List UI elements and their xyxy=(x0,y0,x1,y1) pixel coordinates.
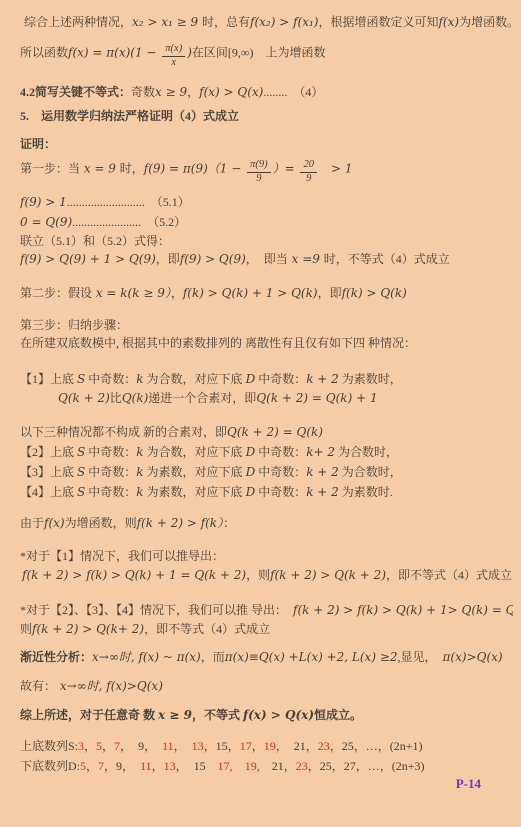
text-run: π(x)>Q(x) xyxy=(443,650,503,664)
text-run: .......................... （5.1） xyxy=(67,195,190,209)
eq-5-1: f(9) > 1.......................... （5.1） xyxy=(20,194,513,210)
text-run: 21 xyxy=(294,739,306,753)
sequence-d: 下底数列D:5，7，9， 11，13， 15 17, 19, 21，23，25，… xyxy=(20,758,513,774)
text-run: k+ 2 xyxy=(306,445,335,459)
text-run: 中奇数： xyxy=(85,485,136,499)
text-run: 证明： xyxy=(20,137,56,151)
text-run: k xyxy=(136,445,143,459)
induction-intro: 在所建双底数模中, 根据其中的素数排列的 离散性有且仅有如下四 种情况： xyxy=(20,335,513,351)
text-run: ， xyxy=(120,739,138,753)
text-run: f(k) > Q(k) xyxy=(342,286,407,300)
text-run: ,显见， xyxy=(398,650,443,664)
text-run: ， xyxy=(102,739,114,753)
text-run: 为素数时. xyxy=(339,485,393,499)
text-run: f(x) xyxy=(438,15,459,29)
text-run: k + 2 xyxy=(306,465,339,479)
text-run: D xyxy=(246,372,256,386)
text-run: ，…，(2n+1) xyxy=(354,739,423,753)
text-run: 19 xyxy=(264,739,276,753)
text-run: 为合数，对应下底 xyxy=(144,372,246,386)
text-run: f(k) > Q(k) + 1 > Q(k) xyxy=(183,286,318,300)
since-increasing: 由于f(x)为增函数，则f(k + 2) > f(k）： xyxy=(20,515,513,531)
text-run: 为合数时， xyxy=(335,445,398,459)
text-run: π(x)≡Q(x) +L(x) +2, L(x) ≥2 xyxy=(225,650,398,664)
case-1-line-2: Q(k + 2)比Q(k)递进一个合素对，即Q(k + 2) = Q(k) + … xyxy=(20,390,513,406)
text-run: f(k + 2) > f(k) > Q(k) + 1> Q(k) = Q(k +… xyxy=(293,603,513,617)
text-run xyxy=(206,759,218,773)
text-run: ， xyxy=(284,759,296,773)
text-run: 23 xyxy=(318,739,330,753)
text-run: f(x) > Q(x) xyxy=(243,708,314,722)
text-run: 11 xyxy=(162,739,174,753)
fraction: π(9)9 xyxy=(247,160,271,184)
text-run: S xyxy=(77,372,85,386)
text-run: f(k + 2) > Q(k + 2) xyxy=(270,568,386,582)
text-run: Q(k + 2) = Q(k) + 1 xyxy=(256,391,377,405)
step-1: 第一步：当 x = 9 时，f(9) = π(9)（1 − π(9)9）= 20… xyxy=(20,160,513,184)
text-run: k xyxy=(136,465,143,479)
text-run: ， xyxy=(104,759,116,773)
text-run: 综合上述两种情况， xyxy=(24,15,132,29)
text-run: ， xyxy=(86,759,98,773)
text-run: x ≥ 9 xyxy=(158,708,192,722)
text-run: 【4】上底 xyxy=(20,485,77,499)
text-run: f(9) > Q(9) xyxy=(180,252,246,266)
text-run: x→∞时, f(x) ~ π(x) xyxy=(92,650,201,664)
case234-derive: *对于【2】、【3】、【4】情况下，我们可以推 导出： f(k + 2) > f… xyxy=(20,602,513,618)
text-run: D xyxy=(246,485,256,499)
text-run: 15 xyxy=(194,759,206,773)
para-function-increasing: 所以函数f(x) = π(x)(1 − π(x)x)在区间[9,∞) 上为增函数 xyxy=(20,44,513,68)
text-run: D xyxy=(246,445,256,459)
text-run: 递进一个合素对，即 xyxy=(148,391,256,405)
text-run: 恒成立。 xyxy=(314,708,362,722)
text-run: ， xyxy=(174,739,192,753)
text-run: 渐近性分析： xyxy=(20,650,92,664)
text-run: ）= xyxy=(273,162,299,176)
text-run: 时，不等式（4）式成立 xyxy=(324,252,450,266)
text-run: ， xyxy=(308,759,320,773)
case-2: 【2】上底 S 中奇数：k 为合数，对应下底 D 中奇数：k+ 2 为合数时， xyxy=(20,444,513,460)
asymptotic-analysis: 渐近性分析：x→∞时, f(x) ~ π(x)，而π(x)≡Q(x) +L(x)… xyxy=(20,649,513,665)
text-run: f(k + 2) > f(k) > Q(k) + 1 = Q(k + 2) xyxy=(22,568,246,582)
text-run: x₂ > x₁ ≥ 9 xyxy=(132,15,202,29)
text-run: 则 xyxy=(20,622,32,636)
text-run: k xyxy=(136,372,143,386)
text-run: f(9) > 1 xyxy=(20,195,67,209)
text-run: ， xyxy=(176,759,194,773)
text-run: ， xyxy=(306,739,318,753)
text-run: x→∞时, f(x)>Q(x) xyxy=(56,679,163,693)
case1-derive-eq: f(k + 2) > f(k) > Q(k) + 1 = Q(k + 2)，则f… xyxy=(20,567,513,583)
text-run: 为增函数。 xyxy=(459,15,513,29)
final-conclusion: 综上所述，对于任意奇 数 x ≥ 9，不等式 f(x) > Q(x)恒成立。 xyxy=(20,707,513,723)
text-run: S xyxy=(77,465,85,479)
text-run: 在区间[9,∞) 上为增函数 xyxy=(192,46,326,60)
text-run: ，则 xyxy=(246,568,270,582)
text-run: ， xyxy=(187,85,199,99)
case-3: 【3】上底 S 中奇数：k 为素数，对应下底 D 中奇数：k + 2 为合数时， xyxy=(20,464,513,480)
text-run: 第二步：假设 xyxy=(20,286,92,300)
text-run: ， xyxy=(332,759,344,773)
text-run: ，根据增函数定义可知 xyxy=(318,15,438,29)
sequence-s: 上底数列S:3，5，7， 9， 11， 13，15，17，19， 21，23，2… xyxy=(20,738,513,754)
text-run: ，…，(2n+3) xyxy=(356,759,425,773)
text-run: 23 xyxy=(296,759,308,773)
text-run: 第一步：当 xyxy=(20,162,80,176)
text-run: ， xyxy=(330,739,342,753)
hence: 故有： x→∞时, f(x)>Q(x) xyxy=(20,678,513,694)
text-run: 上底数列S: xyxy=(20,739,78,753)
text-run: 0 = Q(9) xyxy=(20,215,72,229)
text-run: f(9) = π(9)（1 − xyxy=(144,162,245,176)
text-run: f(k + 2) > f(k） xyxy=(137,516,223,530)
text-run: 中奇数： xyxy=(85,372,136,386)
text-run: 25 xyxy=(342,739,354,753)
step-2: 第二步：假设 x = k(k ≥ 9），f(k) > Q(k) + 1 > Q(… xyxy=(20,285,513,301)
text-run: S xyxy=(77,485,85,499)
text-run: f(9) > Q(9) + 1 > Q(9) xyxy=(20,252,156,266)
text-run: f(k + 2) > Q(k+ 2) xyxy=(32,622,144,636)
text-run: > 1 xyxy=(319,162,353,176)
text-run: 21 xyxy=(272,759,284,773)
text-run: D xyxy=(246,465,256,479)
case234-conclusion: 则f(k + 2) > Q(k+ 2)，即不等式（4）式成立 xyxy=(20,621,513,637)
text-run: ，即 xyxy=(156,252,180,266)
text-run: f(x) = π(x)(1 − xyxy=(68,46,160,60)
text-run: ....................... （5.2） xyxy=(72,215,186,229)
text-run: 时，总有 xyxy=(202,15,250,29)
text-run: ， xyxy=(152,759,164,773)
text-run: Q(k + 2) xyxy=(58,391,110,405)
text-run: 中奇数： xyxy=(255,372,306,386)
text-run: 为增函数，则 xyxy=(65,516,137,530)
text-run: 5. 运用数学归纳法严格证明（4）式成立 xyxy=(20,109,239,123)
text-run: 为素数，对应下底 xyxy=(144,485,246,499)
text-run: 【1】上底 xyxy=(20,372,77,386)
step-3: 第三步：归纳步骤： xyxy=(20,317,513,333)
label-proof: 证明： xyxy=(20,136,513,152)
text-run: 19, xyxy=(245,759,260,773)
text-run: 下底数列D: xyxy=(20,759,80,773)
text-run: 第三步：归纳步骤： xyxy=(20,318,128,332)
text-run: ， xyxy=(84,739,96,753)
text-run: 13 xyxy=(192,739,204,753)
text-run: ， xyxy=(276,739,294,753)
text-run: 综上所述，对于任意奇 数 xyxy=(20,708,158,722)
text-run: 25 xyxy=(320,759,332,773)
text-run: 为合数时， xyxy=(339,465,402,479)
text-run: S xyxy=(77,445,85,459)
text-run: f(x) xyxy=(44,516,65,530)
text-run: ，即 xyxy=(318,286,342,300)
text-run: 27 xyxy=(344,759,356,773)
text-run: f(x₂) > f(x₁) xyxy=(250,15,318,29)
page-number: P-14 xyxy=(0,776,521,792)
text-run: 17, xyxy=(218,759,233,773)
eq-5-2: 0 = Q(9)....................... （5.2） xyxy=(20,214,513,230)
text-run: ， xyxy=(228,739,240,753)
text-run: k xyxy=(136,485,143,499)
text-run xyxy=(233,759,245,773)
text-run: 为素数，对应下底 xyxy=(144,465,246,479)
text-run: x =9 xyxy=(288,252,324,266)
text-run: 中奇数： xyxy=(255,485,306,499)
text-run: k + 2 xyxy=(306,485,339,499)
case-1-line-1: 【1】上底 S 中奇数：k 为合数，对应下底 D 中奇数：k + 2 为素数时， xyxy=(20,371,513,387)
text-run: 比 xyxy=(110,391,122,405)
text-run: x = 9 xyxy=(80,162,120,176)
case-4: 【4】上底 S 中奇数：k 为素数，对应下底 D 中奇数：k + 2 为素数时. xyxy=(20,484,513,500)
no-new-pairs: 以下三种情况都不构成 新的合素对，即Q(k + 2) = Q(k) xyxy=(20,424,513,440)
document-body: 综合上述两种情况，x₂ > x₁ ≥ 9 时，总有f(x₂) > f(x₁)，根… xyxy=(0,0,521,774)
text-run: k + 2 xyxy=(306,372,339,386)
text-run: ，即不等式（4）式成立 xyxy=(386,568,512,582)
text-run: ，而 xyxy=(201,650,225,664)
text-run: ， xyxy=(252,739,264,753)
text-run: ，即不等式（4）式成立 xyxy=(144,622,270,636)
text-run: *对于【1】情况下，我们可以推导出： xyxy=(20,549,224,563)
text-run: ， xyxy=(204,739,216,753)
text-run: 为素数时， xyxy=(339,372,402,386)
text-run: Q(k + 2) = Q(k) xyxy=(227,425,323,439)
text-run: 中奇数： xyxy=(85,465,136,479)
text-run: Q(k) xyxy=(122,391,148,405)
text-run: x = k(k ≥ 9） xyxy=(92,286,171,300)
text-run: ， xyxy=(144,739,162,753)
text-run: 由于 xyxy=(20,516,44,530)
text-run xyxy=(260,759,272,773)
text-run: 15 xyxy=(216,739,228,753)
text-run: f(x) > Q(x) xyxy=(199,85,263,99)
fraction: π(x)x xyxy=(162,44,185,68)
text-run: 【3】上底 xyxy=(20,465,77,479)
para-summary-two-cases: 综合上述两种情况，x₂ > x₁ ≥ 9 时，总有f(x₂) > f(x₁)，根… xyxy=(20,14,513,30)
text-run: 为合数，对应下底 xyxy=(144,445,246,459)
text-run: *对于【2】、【3】、【4】情况下，我们可以推 导出： xyxy=(20,603,293,617)
text-run: 在所建双底数模中, 根据其中的素数排列的 离散性有且仅有如下四 种情况： xyxy=(20,336,416,350)
text-run: ， xyxy=(171,286,183,300)
text-run: ，不等式 xyxy=(192,708,243,722)
text-run: ........ （4） xyxy=(263,85,323,99)
fraction: 209 xyxy=(300,160,317,184)
text-run: 时， xyxy=(120,162,144,176)
combine-5-1-5-2: 联立（5.1）和（5.2）式得： xyxy=(20,233,513,249)
text-run: 以下三种情况都不构成 新的合素对，即 xyxy=(20,425,227,439)
text-run: ， 即当 xyxy=(246,252,288,266)
text-run: ， xyxy=(122,759,140,773)
text-run: 联立（5.1）和（5.2）式得： xyxy=(20,234,170,248)
case1-derive-label: *对于【1】情况下，我们可以推导出： xyxy=(20,548,513,564)
text-run: 17 xyxy=(240,739,252,753)
text-run: 中奇数： xyxy=(255,465,306,479)
heading-5: 5. 运用数学归纳法严格证明（4）式成立 xyxy=(20,108,513,124)
text-run: 13 xyxy=(164,759,176,773)
text-run: 中奇数： xyxy=(255,445,306,459)
text-run: 所以函数 xyxy=(20,46,68,60)
text-run: 11 xyxy=(140,759,152,773)
step-1-conclusion: f(9) > Q(9) + 1 > Q(9)，即f(9) > Q(9)， 即当 … xyxy=(20,251,513,267)
text-run: 中奇数： xyxy=(85,445,136,459)
text-run: 4.2简写关键不等式： xyxy=(20,85,131,99)
text-run: 【2】上底 xyxy=(20,445,77,459)
heading-4-2: 4.2简写关键不等式：奇数x ≥ 9，f(x) > Q(x)........ （… xyxy=(20,84,513,100)
text-run: 故有： xyxy=(20,679,56,693)
text-run: x ≥ 9 xyxy=(155,85,187,99)
text-run: 奇数 xyxy=(131,85,155,99)
text-run: ： xyxy=(223,516,235,530)
